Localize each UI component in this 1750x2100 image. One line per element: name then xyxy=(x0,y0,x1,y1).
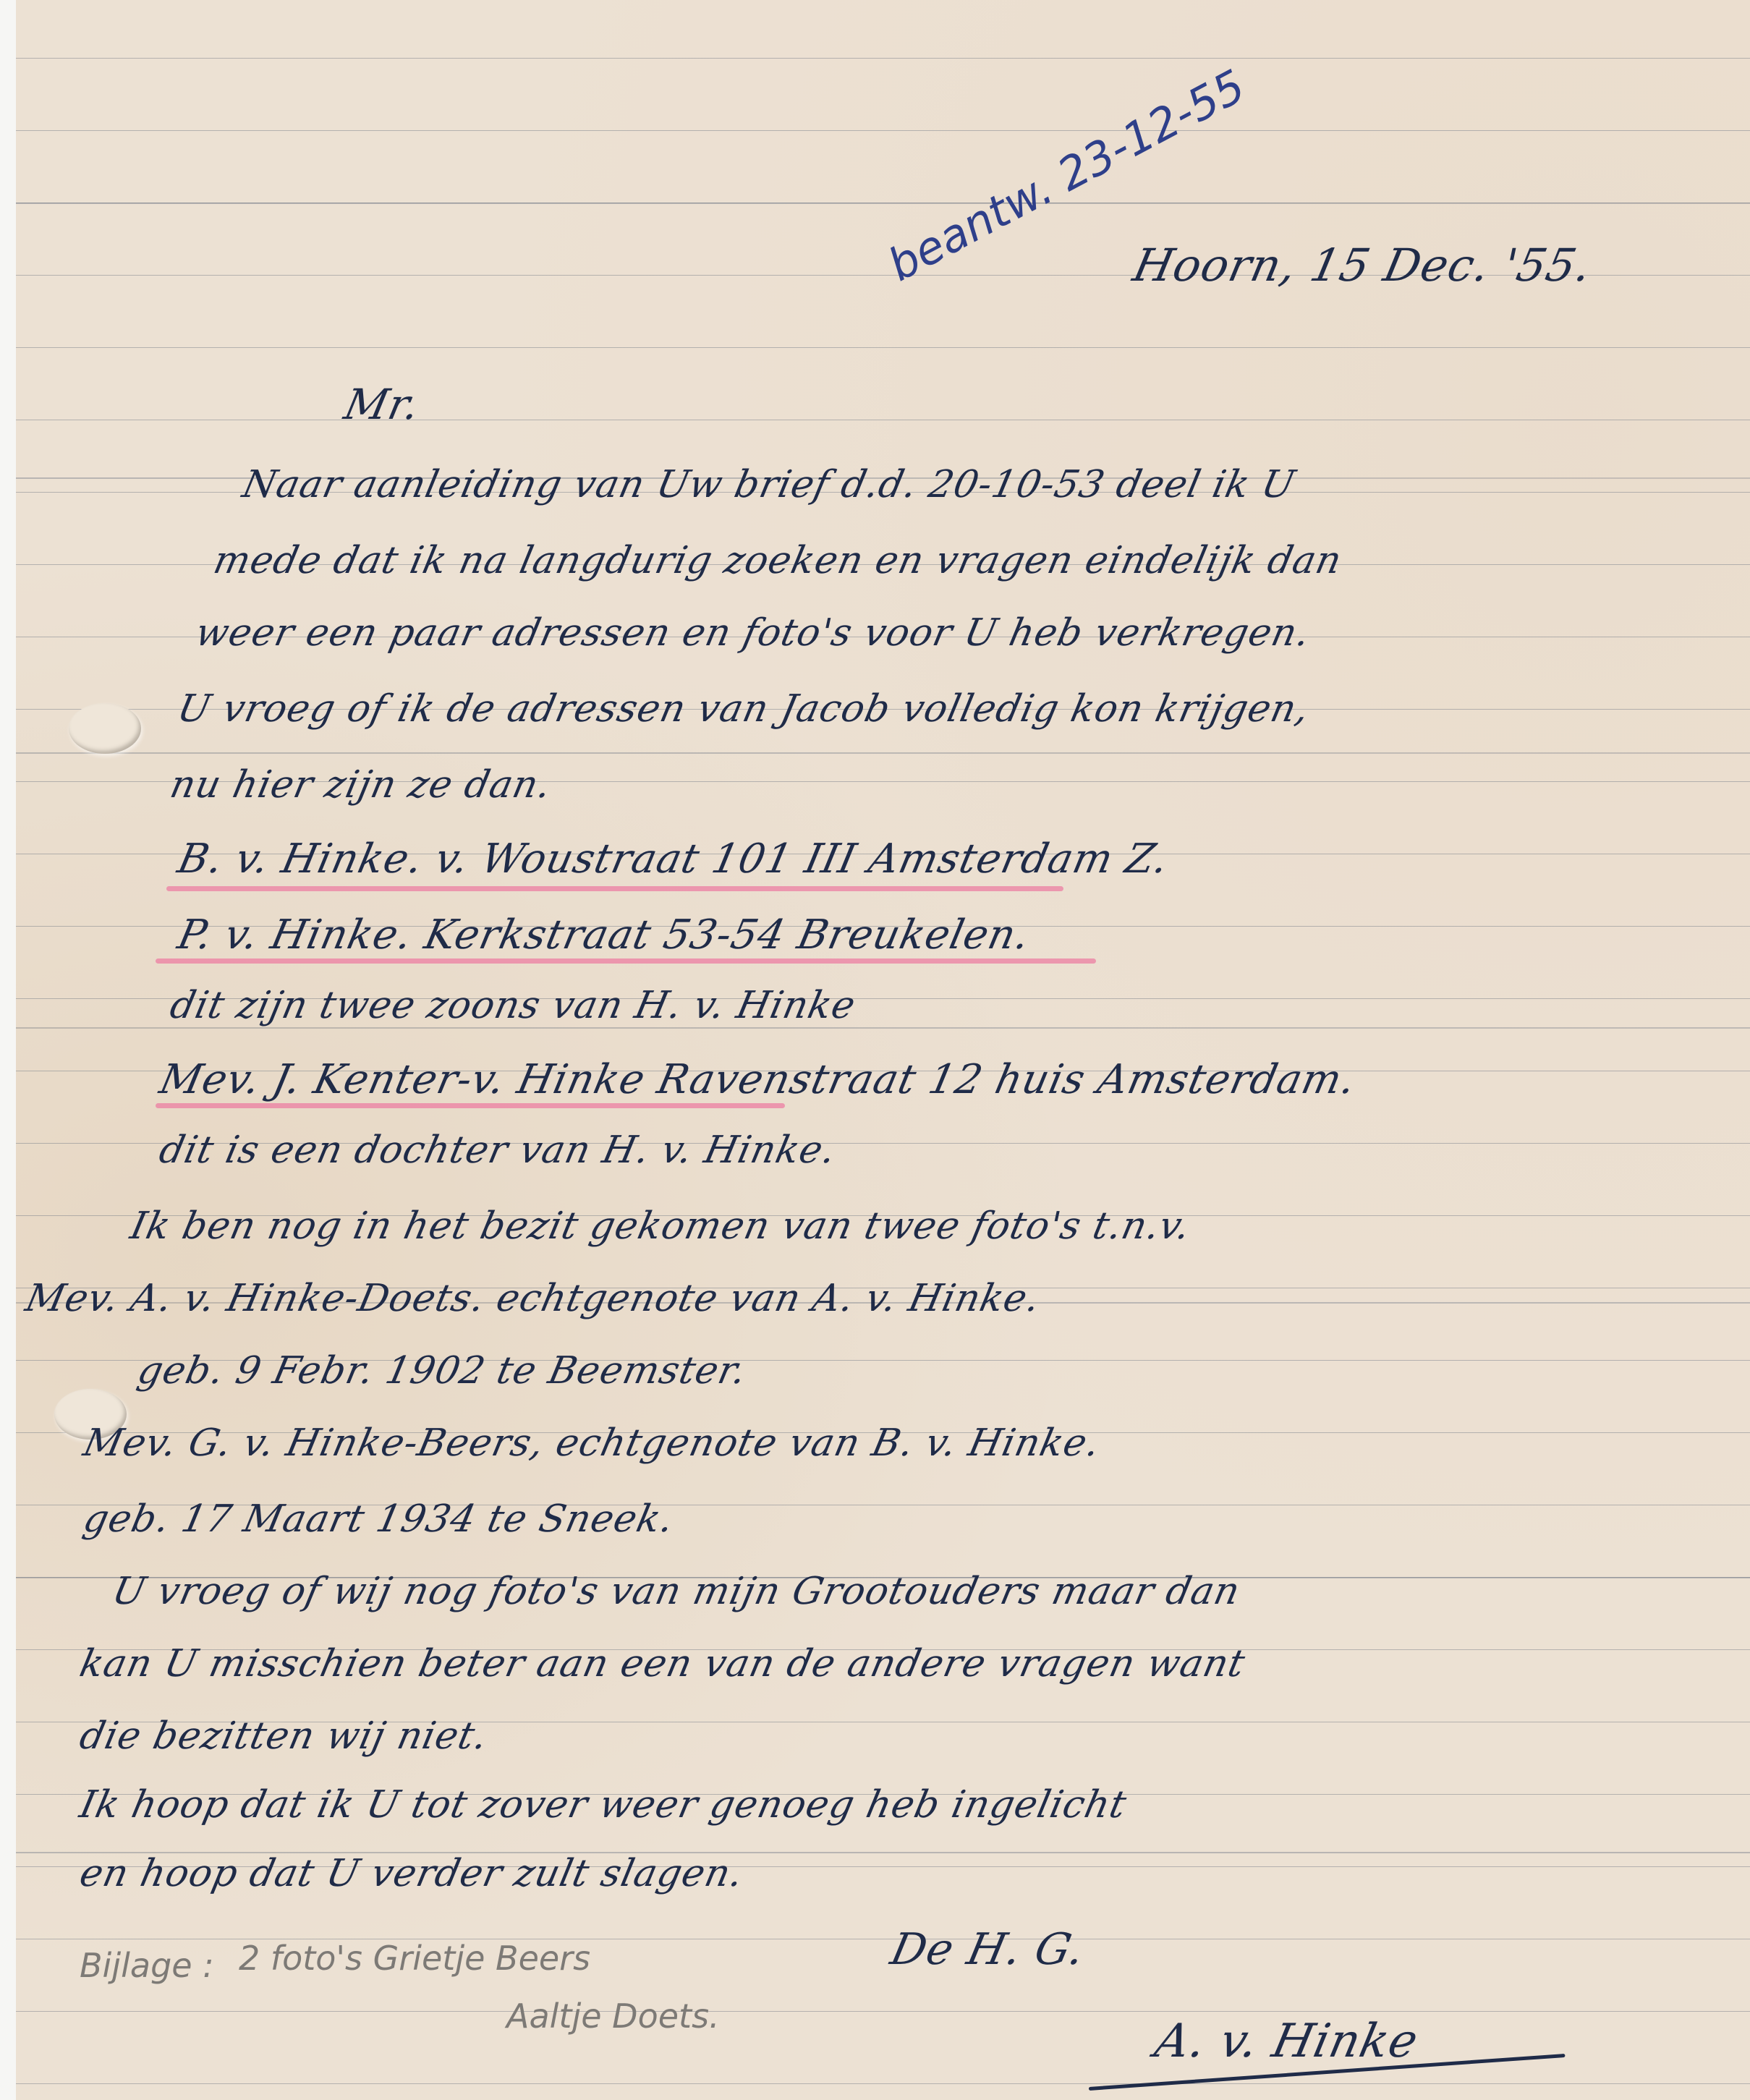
place-date: Hoorn, 15 Dec. '55. xyxy=(1129,239,1597,292)
pencil-note-line-2: Aaltje Doets. xyxy=(506,1997,720,2036)
letter-line-2: mede dat ik na langdurig zoeken en vrage… xyxy=(210,539,1346,582)
letter-line-12: Mev. A. v. Hinke-Doets. echtgenote van A… xyxy=(22,1277,1045,1320)
address-line-3: Mev. J. Kenter-v. Hinke Ravenstraat 12 h… xyxy=(156,1056,1360,1103)
salutation: Mr. xyxy=(340,380,425,429)
letter-line-3: weer een paar adressen en foto's voor U … xyxy=(192,611,1314,655)
address-line-2: P. v. Hinke. Kerkstraat 53-54 Breukelen. xyxy=(174,911,1034,958)
letter-line-14: Mev. G. v. Hinke-Beers, echtgenote van B… xyxy=(80,1421,1104,1465)
letter-line-1: Naar aanleiding van Uw brief d.d. 20-10-… xyxy=(239,463,1299,506)
letter-line-17: kan U misschien beter aan een van de and… xyxy=(76,1642,1249,1685)
pencil-note-line-1: 2 foto's Grietje Beers xyxy=(239,1939,590,1978)
closing: De H. G. xyxy=(886,1924,1089,1975)
letter-line-5: nu hier zijn ze dan. xyxy=(166,763,556,807)
letter-line-15: geb. 17 Maart 1934 te Sneek. xyxy=(80,1497,678,1541)
letter-line-4: U vroeg of ik de adressen van Jacob voll… xyxy=(174,687,1314,731)
scan-edge xyxy=(0,0,16,2100)
letter-line-11: Ik ben nog in het bezit gekomen van twee… xyxy=(127,1204,1194,1248)
letter-line-13: geb. 9 Febr. 1902 te Beemster. xyxy=(134,1349,750,1393)
letter-line-16: U vroeg of wij nog foto's van mijn Groot… xyxy=(109,1570,1244,1613)
punch-hole-top xyxy=(69,703,141,754)
address-line-1: B. v. Hinke. v. Woustraat 101 III Amster… xyxy=(174,836,1173,883)
highlight-underline-1 xyxy=(166,886,1063,891)
signature: A. v. Hinke xyxy=(1150,2015,1423,2068)
letter-line-19: Ik hoop dat ik U tot zover weer genoeg h… xyxy=(76,1783,1131,1827)
letter-line-20: en hoop dat U verder zult slagen. xyxy=(76,1852,747,1895)
highlight-underline-2 xyxy=(156,958,1096,964)
letter-line-8: dit zijn twee zoons van H. v. Hinke xyxy=(166,984,859,1027)
pencil-note-label: Bijlage : xyxy=(80,1946,214,1985)
letter-line-18: die bezitten wij niet. xyxy=(76,1714,492,1758)
highlight-underline-3 xyxy=(156,1103,785,1108)
letter-line-10: dit is een dochter van H. v. Hinke. xyxy=(156,1128,840,1172)
